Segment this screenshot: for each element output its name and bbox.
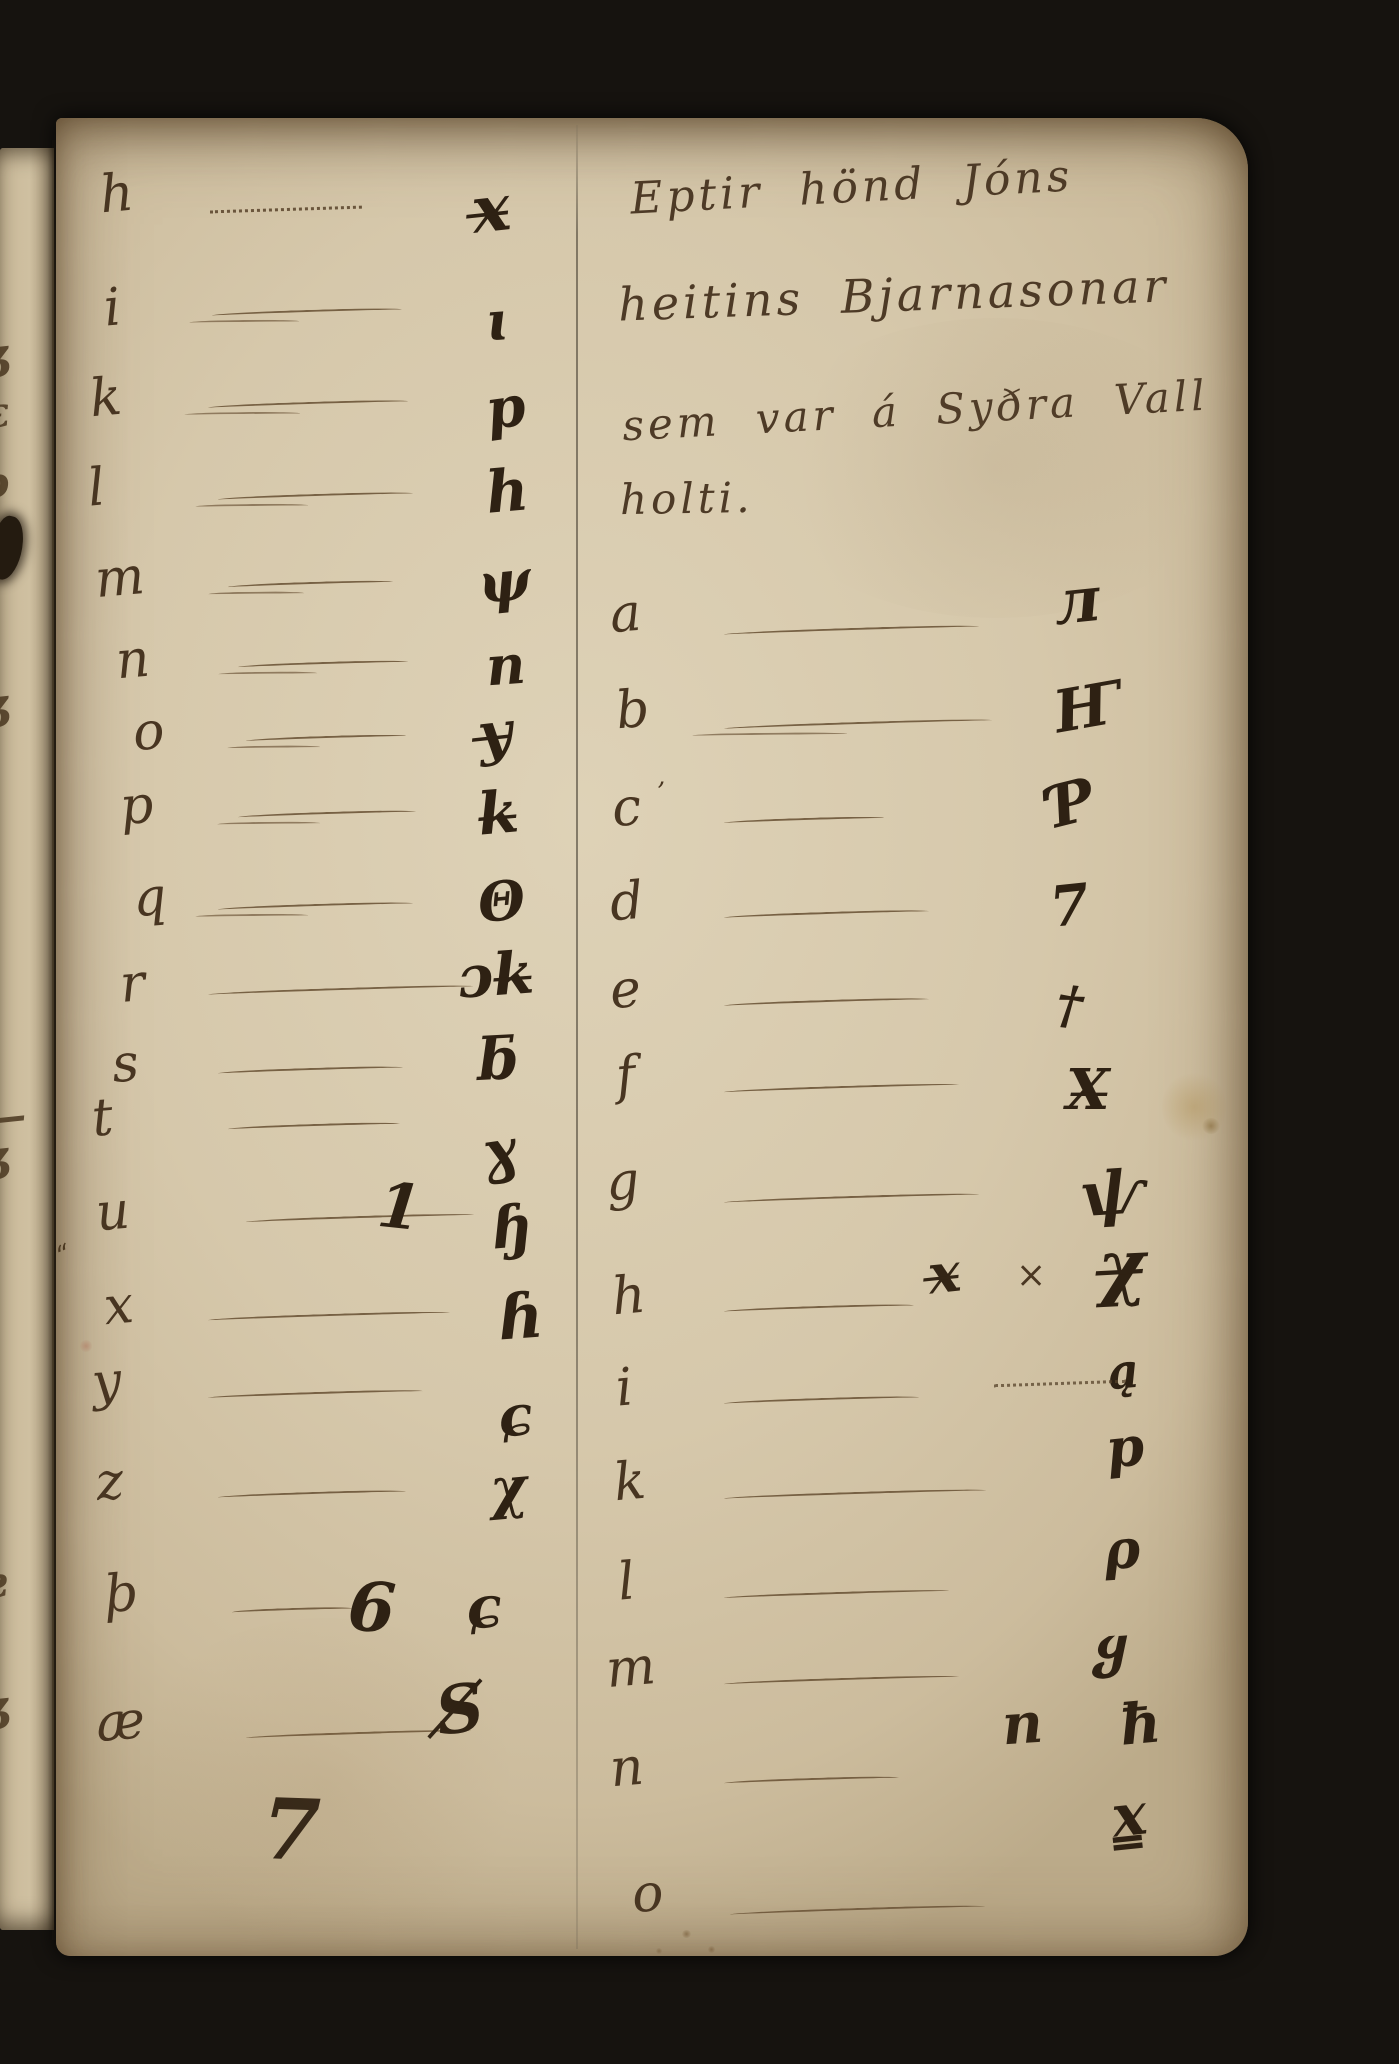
adjacent-page-edge: ʒɛɔ-ʒ—ʒƨʒ [0, 148, 54, 1930]
blank-dash-line [238, 659, 408, 669]
blank-dash-line [724, 1588, 949, 1600]
plain-letter: c [610, 781, 644, 835]
blank-dash-line [724, 624, 979, 637]
blank-dash-line [246, 733, 406, 743]
header-line-4: holti. [620, 473, 754, 524]
plain-letter: l [86, 461, 107, 514]
blank-dash-line [218, 901, 413, 912]
cipher-symbol-barred-H-hook: Ҥ [1049, 673, 1126, 742]
blank-dash-line [238, 809, 416, 820]
blank-dash-line [724, 1303, 914, 1314]
plain-letter: d [608, 875, 646, 930]
adjacent-page-ink-fragment: - [0, 619, 4, 670]
letter-tick-mark: ʼ [656, 778, 664, 808]
header-line-1: Eptir hönd Jóns [629, 150, 1074, 224]
cipher-symbol-p-shape: p [482, 378, 529, 439]
ink-speck [708, 1946, 715, 1953]
plain-letter: p [118, 779, 156, 834]
blank-dash-line [218, 1489, 406, 1500]
plain-letter: g [604, 1155, 642, 1210]
cipher-symbol-n-shape: n [484, 637, 527, 694]
plain-letter: k [88, 371, 124, 426]
cipher-symbol-hooked-P: Ƥ [1044, 770, 1100, 837]
blank-dash-line [724, 1192, 979, 1205]
blank-dash-line [208, 984, 473, 997]
plain-letter: t [90, 1091, 115, 1145]
blank-dash-line [730, 1904, 985, 1917]
plain-letter: h [98, 167, 136, 222]
cipher-symbol-double-underlined-x: x̳ [1109, 1784, 1149, 1845]
adjacent-page-ink-fragment: ʒ [0, 679, 10, 730]
plain-letter: y [90, 1355, 124, 1409]
plain-letter: k [612, 1455, 648, 1510]
cipher-symbol-loop-crossed-k: ɔk̶ [456, 943, 535, 1006]
cipher-symbol-chi-shape: χ [488, 1459, 530, 1518]
header-line-2: heitins Bjarnasonar [617, 258, 1170, 331]
blank-dash-line [724, 909, 929, 920]
cipher-symbol-barred-circle: Θ [475, 872, 527, 931]
blank-dash-line [212, 307, 402, 318]
blank-dash-line [724, 718, 992, 731]
paper-stain [1162, 1070, 1226, 1144]
manuscript-page: Eptir hönd Jóns heitins Bjarnasonar sem … [56, 118, 1248, 1956]
blank-dash-line [724, 1488, 986, 1501]
cipher-symbol-crossed-x: x̶ [469, 176, 514, 244]
plain-letter: o [630, 1867, 666, 1922]
plain-letter: l [616, 1555, 637, 1608]
paper-mottling [116, 1618, 536, 1948]
plain-letter: r [118, 957, 147, 1011]
cipher-symbol-y-loop: ყ [1092, 1619, 1129, 1675]
paper-stain [1202, 1118, 1220, 1134]
plain-letter: n [114, 633, 152, 688]
plain-letter: þ [102, 1567, 140, 1622]
plain-letter: b [614, 683, 652, 738]
scan-background: ʒɛɔ-ʒ—ʒƨʒ Eptir hönd Jóns heitins Bjarna… [0, 0, 1399, 2064]
annotation-dotted-line [994, 1380, 1126, 1388]
cipher-symbol-seven-stroke: 7 [1047, 876, 1092, 936]
cipher-symbol-hooked-h: ɧ [488, 1196, 535, 1257]
adjacent-page-ink-fragment: ɛ [0, 387, 12, 438]
ink-speck [682, 1930, 691, 1938]
annotation-small-x: × [1016, 1258, 1046, 1294]
ink-speck [656, 1948, 662, 1954]
adjacent-page-ink-fragment: ʒ [0, 1681, 10, 1732]
plain-letter: m [93, 550, 147, 606]
stray-stroke-mark: 1 [375, 1174, 424, 1240]
plain-letter: n [608, 1741, 646, 1796]
blank-dash-line [218, 491, 413, 502]
plain-letter: o [131, 705, 167, 760]
plain-letter: s [110, 1037, 141, 1091]
cipher-symbol-crossed-chi-hook: χ̶ [1096, 1229, 1147, 1303]
paper-mottling [756, 318, 1236, 618]
blank-dash-line [724, 1775, 899, 1785]
blank-dash-line [228, 579, 393, 589]
page-tear-shadow [0, 513, 29, 582]
cipher-symbol-p-shape: p [1103, 1418, 1146, 1476]
extra-n-symbol: n [1000, 1695, 1045, 1754]
cipher-symbol-h-shape: h [484, 460, 531, 521]
plain-letter: h [610, 1269, 648, 1324]
cipher-symbol-iota-curl: ɩ [484, 293, 508, 348]
column-divider-line [576, 125, 578, 1949]
adjacent-page-ink-fragment: ɔ [0, 457, 12, 508]
blank-dash-line [724, 815, 884, 825]
plain-letter: e [608, 963, 643, 1017]
blank-dash-line [218, 1065, 403, 1076]
cipher-symbol-pointed-b: ƃ [477, 1029, 521, 1089]
cipher-symbol-gamma-hook: ɣ [478, 1120, 521, 1182]
cipher-symbol-cross-finials: † [1053, 979, 1085, 1034]
cipher-symbol-crossed-k: k̶ [476, 782, 521, 843]
cipher-symbol-a-with-tail: ą [1106, 1347, 1141, 1398]
cipher-symbol-double-barred-h: ħ [1118, 1694, 1163, 1753]
cipher-symbol-psi-tail-loop: ѱ [1078, 1162, 1148, 1226]
plain-letter: z [94, 1455, 126, 1509]
plain-letter: u [94, 1185, 132, 1240]
blank-dash-line [208, 399, 408, 410]
plain-letter: m [604, 1640, 658, 1696]
blank-dash-line [724, 1674, 959, 1686]
annotation-crossed-x: x̶ [925, 1244, 963, 1301]
cipher-symbol-tall-hooked-h: ɦ [496, 1285, 545, 1350]
cipher-symbol-psi-loop: ψ [475, 551, 533, 612]
blank-dash-line [208, 1389, 423, 1401]
plain-letter: i [614, 1361, 635, 1414]
margin-tick-mark: “ [52, 1239, 76, 1272]
plain-letter: a [608, 587, 643, 642]
blank-dash-line [208, 1310, 450, 1323]
adjacent-page-ink-fragment: ʒ [0, 329, 10, 380]
adjacent-page-ink-fragment: ƨ [0, 1557, 10, 1608]
blank-dash-line [724, 997, 929, 1008]
blank-dash-line [724, 1395, 919, 1406]
cipher-symbol-c-hook-tail: ɕ [464, 1577, 503, 1637]
blank-dash-line [232, 1606, 352, 1615]
blank-dash-line [724, 1082, 959, 1094]
plain-letter: x [102, 1279, 136, 1333]
plain-letter: i [102, 281, 123, 334]
cipher-symbol-crossed-y: y̶ [475, 702, 515, 763]
blank-dash-line [210, 206, 362, 217]
blank-dash-line [228, 1121, 400, 1131]
cipher-symbol-rho-shape: ρ [1102, 1521, 1142, 1577]
plain-letter: f [614, 1049, 638, 1102]
cipher-symbol-crossed-X: X̶ [1066, 1062, 1109, 1118]
blank-dash-line [246, 1212, 474, 1224]
paper-stain [80, 1340, 92, 1352]
cipher-symbol-c-hook: ɕ [495, 1386, 535, 1445]
plain-letter: q [131, 871, 169, 926]
